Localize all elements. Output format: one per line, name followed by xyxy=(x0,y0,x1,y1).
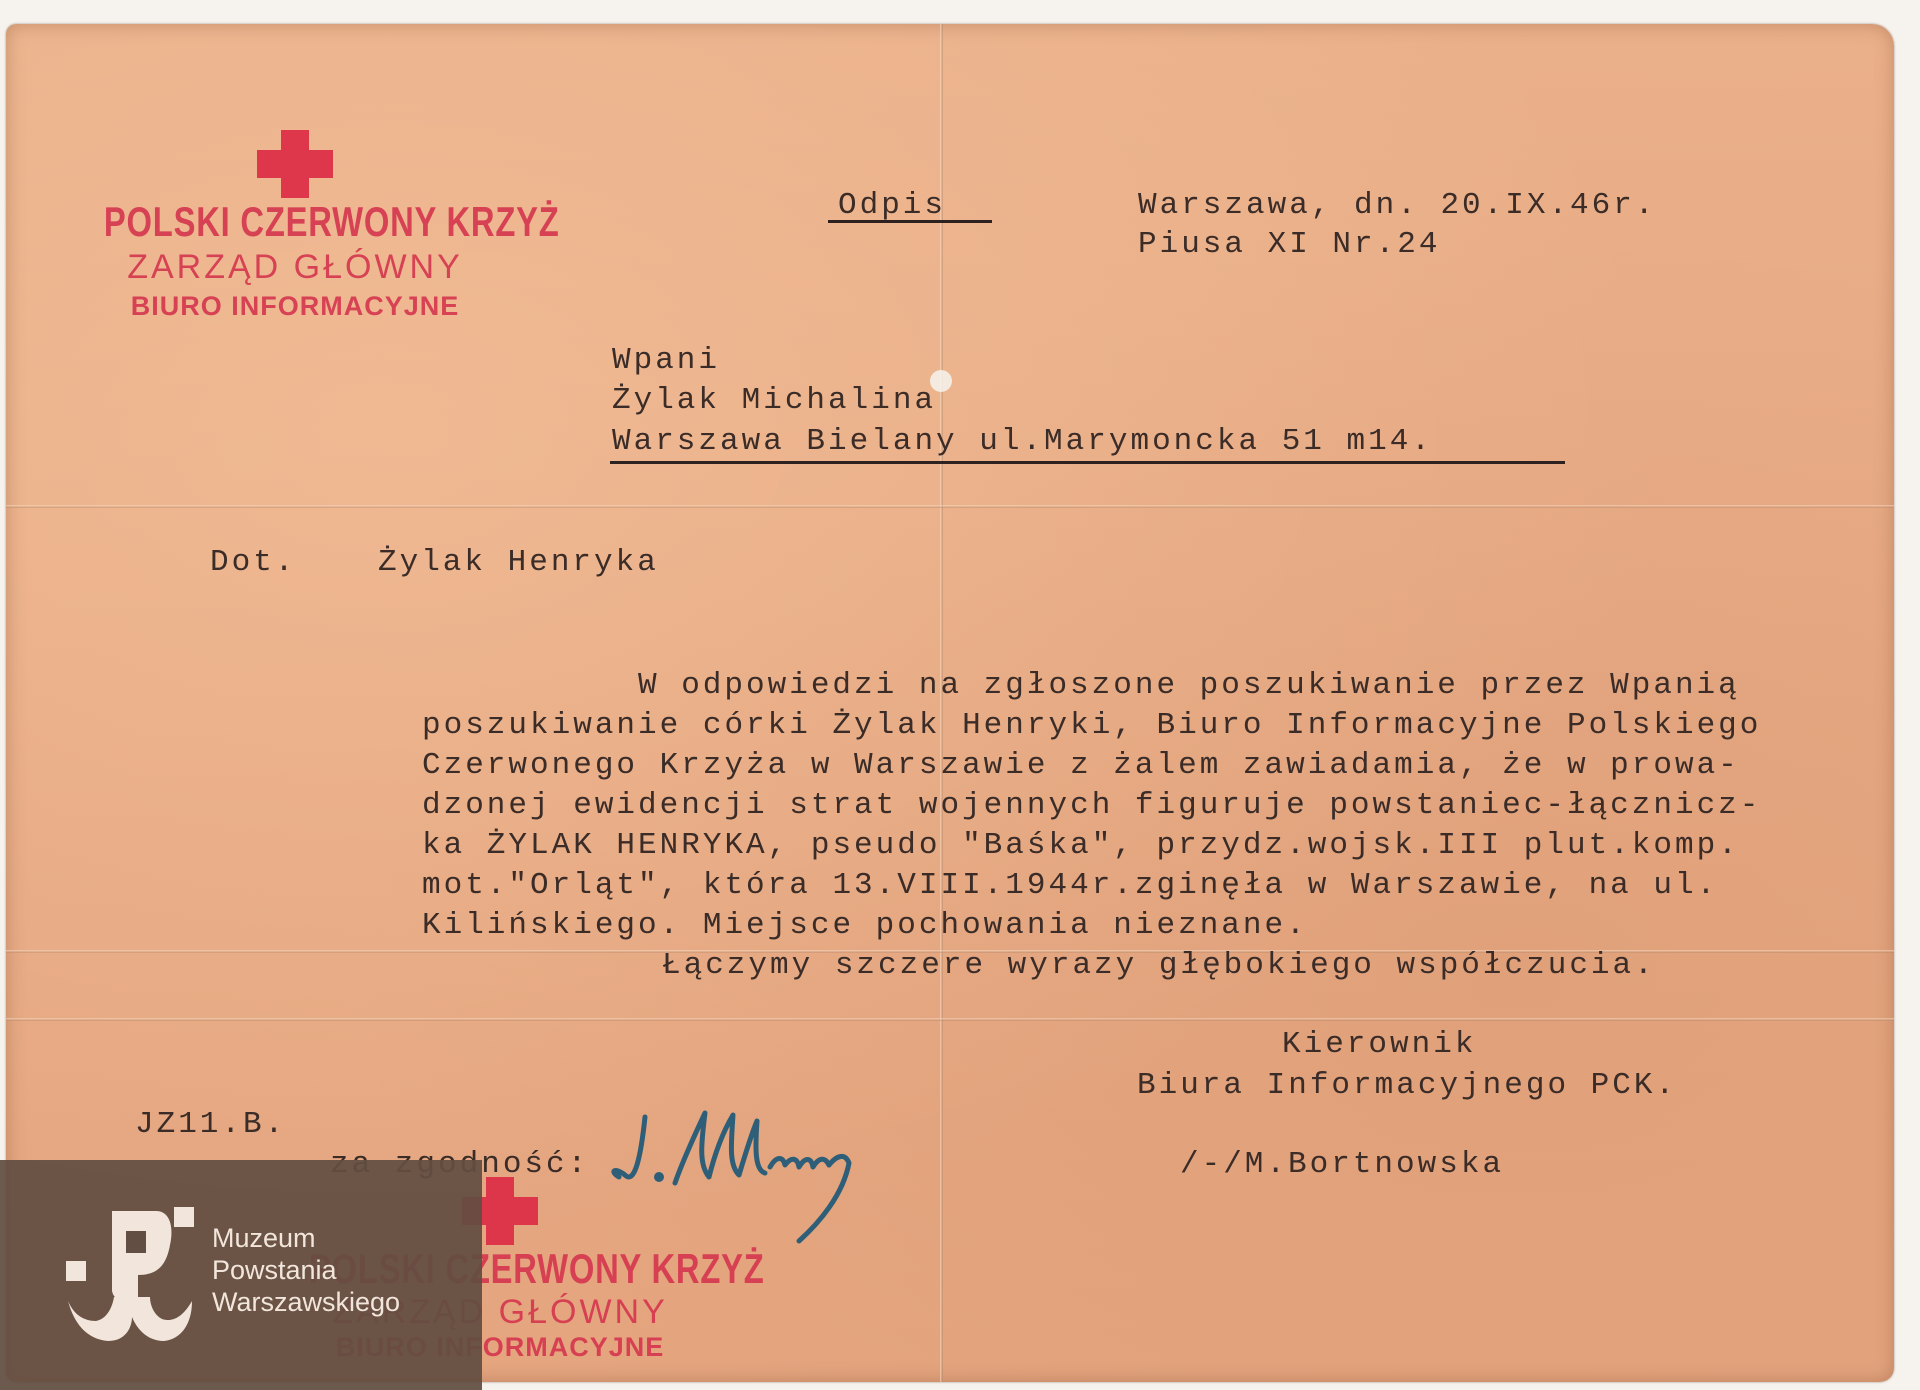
subject-label: Dot. xyxy=(210,545,296,580)
museum-watermark: Muzeum Powstania Warszawskiego xyxy=(0,1160,482,1390)
subject-value: Żylak Henryka xyxy=(378,545,659,580)
recipient-address: Warszawa Bielany ul.Marymoncka 51 m14. xyxy=(612,424,1433,459)
body-line: poszukiwanie córki Żylak Henryki, Biuro … xyxy=(422,708,1761,743)
body-line: mot."Orląt", która 13.VIII.1944r.zginęła… xyxy=(422,868,1718,903)
date-line: Warszawa, dn. 20.IX.46r. xyxy=(1138,188,1656,223)
handwritten-signature xyxy=(605,1105,915,1245)
typist-initials: JZ11.B. xyxy=(135,1107,286,1142)
fold-crease-horizontal xyxy=(6,1018,1894,1021)
body-line: ka ŻYLAK HENRYKA, pseudo "Baśka", przydz… xyxy=(422,828,1740,863)
fold-crease-vertical xyxy=(940,24,943,1382)
museum-name: Muzeum Powstania Warszawskiego xyxy=(212,1222,400,1318)
copy-label: Odpis xyxy=(838,188,946,223)
body-line: Kilińskiego. Miejsce pochowania nieznane… xyxy=(422,908,1308,943)
signature-title: Kierownik xyxy=(1282,1027,1476,1062)
signature-name: /-/M.Bortnowska xyxy=(1180,1147,1504,1182)
museum-name-line: Warszawskiego xyxy=(212,1286,400,1318)
stamp-line-2: ZARZĄD GŁÓWNY xyxy=(50,248,540,287)
body-line: Czerwonego Krzyża w Warszawie z żalem za… xyxy=(422,748,1740,783)
copy-label-underline xyxy=(828,220,992,223)
museum-name-line: Powstania xyxy=(212,1254,400,1286)
museum-name-line: Muzeum xyxy=(212,1222,400,1254)
pck-stamp-top: POLSKI CZERWONY KRZYŻ ZARZĄD GŁÓWNY BIUR… xyxy=(50,130,540,322)
address-underline xyxy=(610,461,1565,464)
stamp-line-3: BIURO INFORMACYJNE xyxy=(50,291,540,322)
stamp-line-1: POLSKI CZERWONY KRZYŻ xyxy=(104,198,486,246)
recipient-name: Żylak Michalina xyxy=(612,383,936,418)
body-line: dzonej ewidencji strat wojennych figuruj… xyxy=(422,788,1761,823)
closing-line: Łączymy szczere wyrazy głębokiego współc… xyxy=(662,948,1656,983)
reference-number: Piusa XI Nr.24 xyxy=(1138,227,1440,262)
body-line: W odpowiedzi na zgłoszone poszukiwanie p… xyxy=(638,668,1740,703)
signature-office: Biura Informacyjnego PCK. xyxy=(1137,1068,1677,1103)
kotwica-anchor-logo xyxy=(66,1205,196,1345)
fold-crease-horizontal xyxy=(6,505,1894,508)
red-cross-icon xyxy=(257,130,333,198)
recipient-salutation: Wpani xyxy=(612,343,720,378)
